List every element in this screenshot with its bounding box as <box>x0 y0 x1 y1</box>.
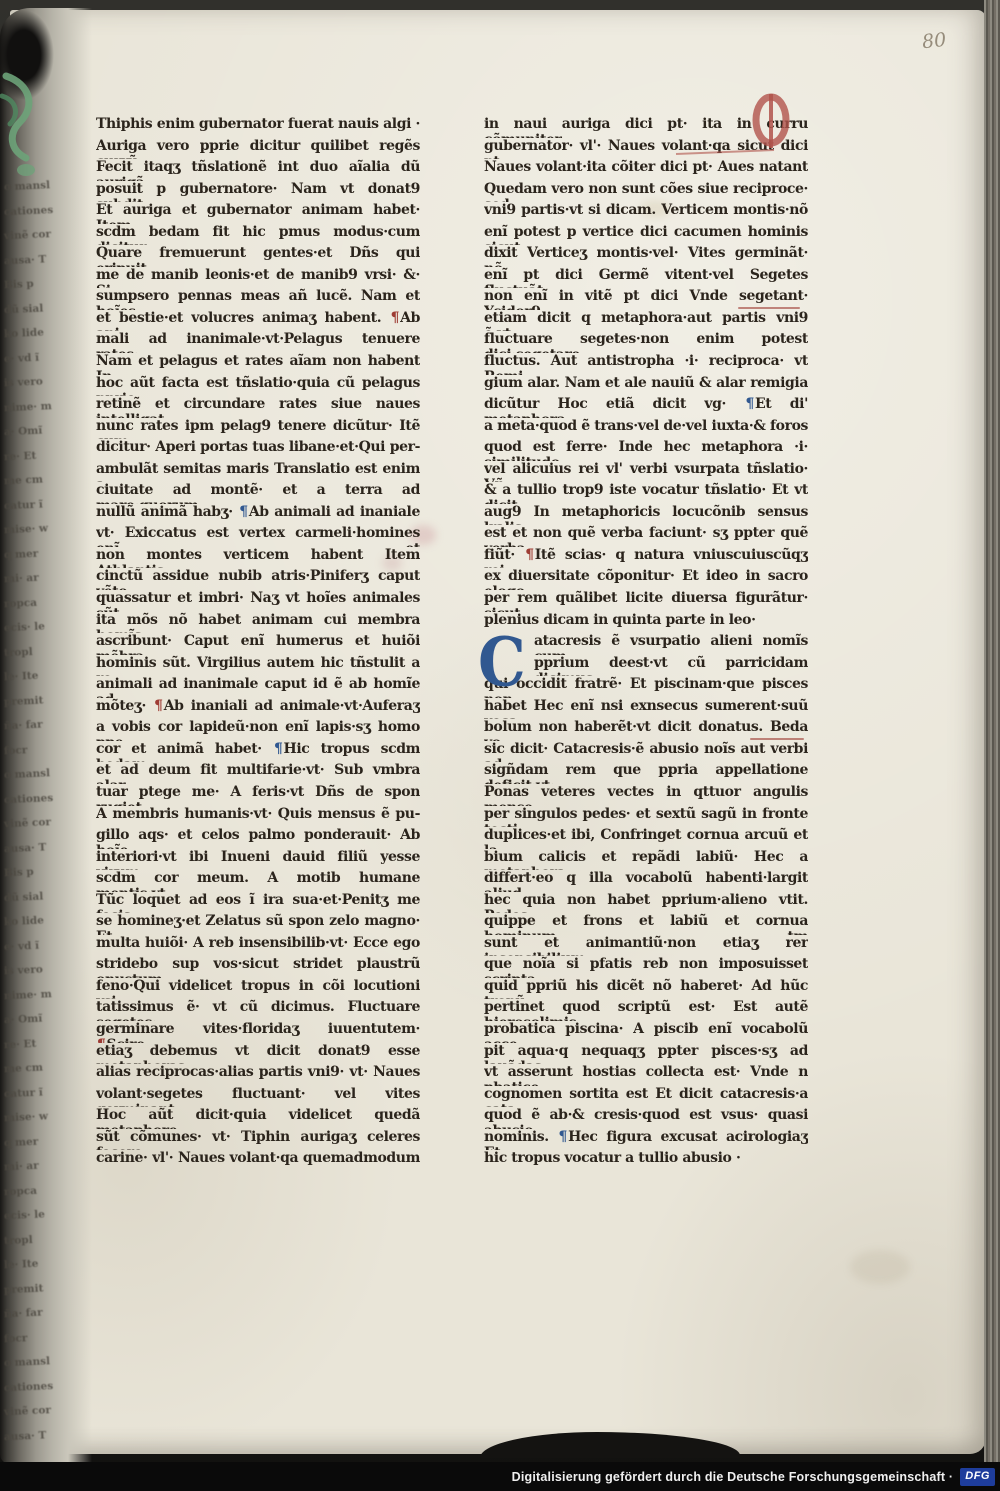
manuscript-line: a meta·quod ẽ trans·vel de·vel iuxta·& f… <box>484 418 808 440</box>
spine-text-fragment: Bis p <box>4 865 61 883</box>
manuscript-line: hominis sũt. Virgilius autem hic tñstuli… <box>96 655 420 677</box>
manuscript-line: Auriga vero pprie dicitur quilibet regẽs… <box>96 138 420 160</box>
manuscript-line: sic dicit· Catacresis·ẽ abusio noĩs aut … <box>484 741 808 763</box>
capitulum-mark: ¶ <box>96 1037 107 1043</box>
spine-text-fragment: dũ sial <box>4 889 61 907</box>
manuscript-line: animali ad inanimale caput id ẽ ab homĩe… <box>96 676 420 698</box>
manuscript-line: Quedam vero non sunt cões siue reciproce… <box>484 181 808 203</box>
manuscript-line: posuit p gubernatore· Nam vt donat9 subd… <box>96 181 420 203</box>
manuscript-line: Fecit itaqʒ tñslationẽ int duo aĩalia dũ… <box>96 159 420 181</box>
spine-text-fragment: tropl <box>4 1232 61 1250</box>
manuscript-line: dicitur· Aperi portas tuas libane·et·Qui… <box>96 439 420 461</box>
spine-text-fragment: me cm <box>4 1061 61 1079</box>
spine-text-fragment: le· Ite <box>4 669 61 687</box>
manuscript-line: A membris humanis·vt· Quis mensus ẽ pu- <box>96 806 420 828</box>
manuscript-line: mõteʒ· ¶Ab inaniali ad animale·vt·Aufera… <box>96 698 420 720</box>
manuscript-line: sumpsero pennas meas añ lucẽ. Nam et hoĩ… <box>96 288 420 310</box>
manuscript-line: sunt et animantiũ·non etiaʒ rer insensib… <box>484 935 808 957</box>
red-flourish-ornament-icon <box>658 92 808 164</box>
manuscript-line: etiaʒ debemus vt dicit donat9 esse metap… <box>96 1043 420 1065</box>
manuscript-line: se homineʒ·et Zelatus sũ spon zelo magno… <box>96 913 420 935</box>
manuscript-line: enĩ potest p vertice dici cacumen homini… <box>484 224 808 246</box>
drop-cap-initial: C <box>478 633 532 698</box>
spine-text-fragment: o mansl <box>4 179 61 197</box>
manuscript-line: pertinet quod scriptũ est· Est autẽ hier… <box>484 999 808 1021</box>
manuscript-line: cognomen sortita est Et dicit catacresis… <box>484 1086 808 1108</box>
folio-number: 80 <box>921 29 947 53</box>
manuscript-line: tuar ptege me· A feris·vt Dñs de spon ru… <box>96 784 420 806</box>
manuscript-line: quid ppriũ his dicẽt nõ haberet· Ad hũc … <box>484 978 808 1000</box>
spine-text-fragment: mi· ar <box>4 1159 61 1177</box>
spine-text-fragment: ausa· T <box>4 1428 61 1446</box>
spine-text-fragment: Bis p <box>4 277 61 295</box>
manuscript-line: stridebo sup vos·sicut stridet plaustrũ … <box>96 956 420 978</box>
spine-text-fragment: o mansl <box>4 1355 61 1373</box>
spine-text-fragment: catur ĩ <box>4 497 61 515</box>
manuscript-line: germinare vites·floridaʒ iuuentutem· ¶Sc… <box>96 1021 420 1043</box>
manuscript-line: atacresis ẽ vsurpatio alieni nomĩs cum <box>484 633 808 655</box>
spine-text-fragment: is vero <box>4 375 61 393</box>
manuscript-line: hec quia non habet pprium·alieno vtit. P… <box>484 892 808 914</box>
spine-text-fragment: mise· w <box>4 522 61 540</box>
manuscript-line: interiori·vt ibi Inueni dauid filiũ yess… <box>96 849 420 871</box>
manuscript-line: retinẽ et circundare rates siue naues in… <box>96 396 420 418</box>
credit-bar: Digitalisierung gefördert durch die Deut… <box>0 1462 1000 1491</box>
manuscript-line: sũt cõmunes· vt· Tiphin aurigaʒ celeres … <box>96 1129 420 1151</box>
spine-text-fragment: cationes <box>4 203 61 221</box>
spine-text-fragment: ropca <box>4 1183 61 1201</box>
manuscript-line: nominis. ¶Hec figura excusat acirologiaʒ… <box>484 1129 808 1151</box>
spine-text-fragment: ña· far <box>4 718 61 736</box>
manuscript-line: gillo aqs· et celos palmo ponderauit· Ab… <box>96 827 420 849</box>
dfg-logo: DFG <box>960 1468 995 1486</box>
text-column-left: Thiphis enim gubernator fuerat nauis alg… <box>96 116 420 1172</box>
manuscript-line: vni9 partis·vt si dicam. Verticem montis… <box>484 202 808 224</box>
spine-text-fragment: me cm <box>4 473 61 491</box>
spine-text-fragment: re· Et <box>4 448 61 466</box>
spine-text-fragment: focr <box>4 1330 61 1348</box>
manuscript-line: ex diuersitate cõponitur· Et ideo in sac… <box>484 568 808 590</box>
manuscript-line: nullũ animã habʒ· ¶Ab animali ad inanial… <box>96 504 420 526</box>
spine-text-fragment: o mansl <box>4 767 61 785</box>
spine-text-fragment: tropl <box>4 644 61 662</box>
manuscript-line: ciuitate ad montẽ· et a terra ad mare·qu… <box>96 482 420 504</box>
spine-text-fragment: re· Et <box>4 1036 61 1054</box>
manuscript-line: alias reciprocas·alias partis vni9· vt· … <box>96 1064 420 1086</box>
manuscript-line: tatissimus ẽ· vt cũ dicimus. Fluctuare s… <box>96 999 420 1021</box>
capitulum-mark: ¶ <box>524 547 535 563</box>
page-stain <box>850 1250 910 1284</box>
spine-text-fragment: ecis· le <box>4 620 61 638</box>
manuscript-line: vel alicuius rei vl' verbi vsurpata tñsl… <box>484 461 808 483</box>
manuscript-line: ascribunt· Caput enĩ humerus et huiõi mẽ… <box>96 633 420 655</box>
spine-text-fragment: q mer <box>4 546 61 564</box>
manuscript-line: ambulãt semitas maris Translatio est eni… <box>96 461 420 483</box>
manuscript-line: dicũtur Hoc etiã dicit vg· ¶Et di' metap… <box>484 396 808 418</box>
spine-text-fragment: ko lide <box>4 914 61 932</box>
manuscript-line: fluctuare segetes·non enim potest dici·s… <box>484 331 808 353</box>
spine-text-fragment: cationes <box>4 791 61 809</box>
manuscript-line: et ad deum fit multifarie·vt· Sub vmbra … <box>96 762 420 784</box>
spine-text-fragment: e· vd ĩ <box>4 350 61 368</box>
manuscript-line: Tũc loquet ad eos ĩ ira sua·et·Penitʒ me… <box>96 892 420 914</box>
spine-text-fragment: dũ sial <box>4 301 61 319</box>
spine-text-fragment: a· Omĩ <box>4 424 61 442</box>
manuscript-line: quod ẽ ab·& cresis·quod est vsus· quasi … <box>484 1107 808 1129</box>
manuscript-line: aug9 In metaphoricis locucõnib sensus lr… <box>484 504 808 526</box>
spine-text-fragment: catur ĩ <box>4 1085 61 1103</box>
credit-text: Digitalisierung gefördert durch die Deut… <box>512 1470 954 1484</box>
manuscript-line: fiũt· ¶Itẽ scias· q natura vniuscuiuscũq… <box>484 547 808 569</box>
manuscript-line: hoc aũt facta est tñslatio·quia cũ pelag… <box>96 375 420 397</box>
manuscript-line: mali ad inanimale·vt·Pelagus tenuere rat… <box>96 331 420 353</box>
spine-text-fragment: vinẽ cor <box>4 228 61 246</box>
manuscript-line: et bestie·et volucres animaʒ habent. ¶Ab… <box>96 310 420 332</box>
capitulum-mark: ¶ <box>273 741 284 757</box>
manuscript-line: multa huiõi· A reb insensibilib·vt· Ecce… <box>96 935 420 957</box>
manuscript-line: duplices·et ibi, Confringet cornua arcuũ… <box>484 827 808 849</box>
manuscript-line: pprium deest·vt cũ parricidam dicimus <box>484 655 808 677</box>
manuscript-line: quassatur et imbri· Naʒ vt hoĩes animale… <box>96 590 420 612</box>
spine-text-fragment: mi· ar <box>4 571 61 589</box>
manuscript-line: carine· vl'· Naues volant·qa quemadmodum <box>96 1150 420 1172</box>
manuscript-line: habet Hec enĩ nsi exnsecus sumerent·suũ … <box>484 698 808 720</box>
manuscript-line: enĩ pt dici Germẽ vitent·vel Segetes flu… <box>484 267 808 289</box>
manuscript-line: volant·segetes fluctuant· vel vites germ… <box>96 1086 420 1108</box>
manuscript-line: cinctũ assidue nubib atris·Piniferʒ capu… <box>96 568 420 590</box>
spine-text-fragment: nime· m <box>4 987 61 1005</box>
rubric-underline <box>750 738 804 740</box>
rubric-underline <box>738 307 800 309</box>
manuscript-line: cor et animã habet· ¶Hic tropus scdm bed… <box>96 741 420 763</box>
manuscript-line: probatica piscina· A piscib enĩ vocabolũ… <box>484 1021 808 1043</box>
manuscript-line: differt·eo q illa vocabolũ habenti·largi… <box>484 870 808 892</box>
spine-text-fragment: ecis· le <box>4 1208 61 1226</box>
manuscript-line: non montes verticem habent Item Athlanti… <box>96 547 420 569</box>
manuscript-line: sigñdam rem que ppria appellatione defic… <box>484 762 808 784</box>
capitulum-mark: ¶ <box>238 504 249 520</box>
spine-text-fragment: a· Omĩ <box>4 1012 61 1030</box>
green-foliate-flourish-icon <box>0 66 46 186</box>
spine-text-fragment: ausa· T <box>4 840 61 858</box>
spine-text-fragment: vinẽ cor <box>4 816 61 834</box>
capitulum-mark: ¶ <box>558 1129 569 1145</box>
spine-text-fragment: ña· far <box>4 1306 61 1324</box>
spine-text-fragment: e· vd ĩ <box>4 938 61 956</box>
spine-text-fragment: premit <box>4 693 61 711</box>
manuscript-line: que noĩa si pfatis reb non imposuisset s… <box>484 956 808 978</box>
text-column-right: C in naui auriga dici pt· ita in curru c… <box>484 116 808 1172</box>
manuscript-line: gium alar. Nam et ale nauiũ & alar remig… <box>484 375 808 397</box>
spine-text-fragment: nime· m <box>4 399 61 417</box>
manuscript-line: quippe et frons et labiũ et cornua homin… <box>484 913 808 935</box>
spine-text-fragment: ausa· T <box>4 252 61 270</box>
manuscript-line: etiam dicit q metaphora·aut partis vni9 … <box>484 310 808 332</box>
manuscript-line: per singulos pedes· et sextũ sagũ in fro… <box>484 806 808 828</box>
manuscript-line: Et auriga et gubernator animam habet· It… <box>96 202 420 224</box>
manuscript-line: Ponas veteres vectes in qttuor angulis m… <box>484 784 808 806</box>
capitulum-mark: ¶ <box>744 396 755 412</box>
spine-text-fragment: mise· w <box>4 1110 61 1128</box>
spine-text-fragment: focr <box>4 742 61 760</box>
manuscript-line: hic tropus vocatur a tullio abusio · <box>484 1150 808 1172</box>
manuscript-line: Quare fremuerunt gentes·et Dñs qui eripu… <box>96 245 420 267</box>
manuscript-line: me de manib leonis·et de manib9 vrsi· &·… <box>96 267 420 289</box>
manuscript-line: per rem quãlibet licite diuersa figurãtu… <box>484 590 808 612</box>
manuscript-line: scdm bedam fit hic pmus modus·cum dicitu… <box>96 224 420 246</box>
manuscript-line: Thiphis enim gubernator fuerat nauis alg… <box>96 116 420 138</box>
manuscript-line: dixit Verticeʒ montis·vel· Vites germinã… <box>484 245 808 267</box>
manuscript-line: vt asserunt hostias collecta est· Vnde n… <box>484 1064 808 1086</box>
capitulum-mark: ¶ <box>153 698 164 714</box>
manuscript-line: a vobis cor lapideũ·non enĩ lapis·sʒ hom… <box>96 719 420 741</box>
manuscript-line: qui occidit fratrẽ· Et piscinam·que pisc… <box>484 676 808 698</box>
manuscript-line: feno·Qui videlicet tropus in cõi locutio… <box>96 978 420 1000</box>
manuscript-line: quod est ferre· Inde hec metaphora ·i· s… <box>484 439 808 461</box>
manuscript-line: scdm cor meum. A motib humane mentis·vt <box>96 870 420 892</box>
manuscript-line: ita mõs nõ habet animam cui membra homĩs <box>96 612 420 634</box>
manuscript-line: est et non quẽ verba faciunt· sʒ ppter q… <box>484 525 808 547</box>
spine-text-fragment: premit <box>4 1281 61 1299</box>
manuscript-line: & a tullio trop9 iste vocatur tñslatio· … <box>484 482 808 504</box>
spine-text-fragment: ko lide <box>4 326 61 344</box>
manuscript-line: Nam et pelagus et rates aĩam non habent … <box>96 353 420 375</box>
manuscript-line: pit aqua·q nequaqʒ ppter pisces·sʒ ad la… <box>484 1043 808 1065</box>
spine-text-fragment: le· Ite <box>4 1257 61 1275</box>
manuscript-scan: 80 Thiphis enim gubernator fuerat nauis … <box>0 0 1000 1491</box>
spine-text-fragment: is vero <box>4 963 61 981</box>
manuscript-line: nunc rates ipm pelag9 tenere dicũtur· It… <box>96 418 420 440</box>
spine-text-fragment: cationes <box>4 1379 61 1397</box>
spine-text-fragment: q mer <box>4 1134 61 1152</box>
manuscript-line: fluctus. Aut antistropha ·i· reciproca· … <box>484 353 808 375</box>
manuscript-line: Hoc aũt dicit·quia videlicet quedã metap… <box>96 1107 420 1129</box>
manuscript-line: vt· Exiccatus est vertex carmeli·homines… <box>96 525 420 547</box>
book-spine: o manslcationesvinẽ corausa· TBis pdũ si… <box>0 8 92 1464</box>
manuscript-line: plenius dicam in quinta parte in leo· <box>484 612 808 634</box>
manuscript-line: bium calicis et repãdi labiũ· Hec a meta… <box>484 849 808 871</box>
manuscript-page: 80 Thiphis enim gubernator fuerat nauis … <box>10 10 986 1454</box>
capitulum-mark: ¶ <box>390 310 401 326</box>
spine-text-fragment: ropca <box>4 595 61 613</box>
page-fore-edge <box>984 0 1000 1464</box>
spine-text-fragment: vinẽ cor <box>4 1404 61 1422</box>
